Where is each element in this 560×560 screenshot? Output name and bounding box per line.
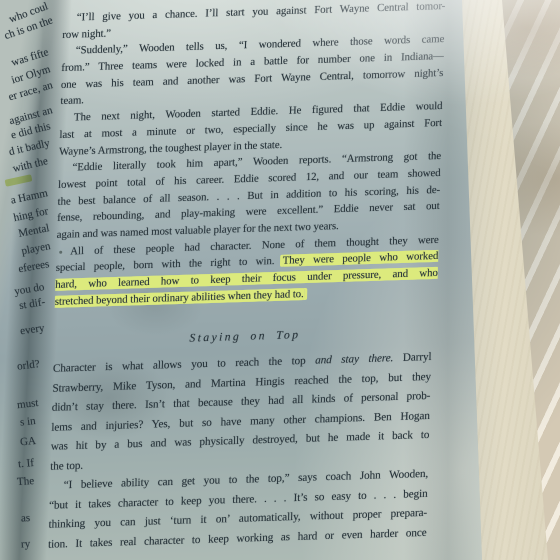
left-page-fragment: GA: [20, 435, 37, 448]
left-page-fragment: ry: [21, 538, 31, 550]
section-heading: Staying on Top: [54, 324, 437, 349]
page-text: “I’ll give you a chance. I’ll start you …: [48, 0, 446, 555]
left-page-fragment: a Hamm: [10, 187, 49, 207]
left-page-fragment: t. If: [18, 457, 35, 470]
left-page-fragment: The: [17, 475, 35, 488]
page-text-lower: Character is what allows you to reach th…: [48, 348, 432, 555]
left-page-fragment: s in: [20, 415, 37, 429]
paragraph: Character is what allows you to reach th…: [50, 348, 432, 477]
text-segment: the top.: [50, 460, 83, 473]
left-page-fragment: playen: [20, 240, 51, 257]
left-page-fragment: with the: [12, 155, 50, 175]
text-segment: row night.”: [62, 27, 111, 41]
paragraph: “Eddie literally took him apart,” Wooden…: [56, 148, 441, 243]
margin-dot: [59, 250, 62, 253]
margin-highlight-mark: [5, 174, 33, 186]
left-page-fragment: Mental: [17, 222, 50, 240]
page-text-upper: “I’ll give you a chance. I’ll start you …: [55, 0, 446, 310]
left-page-fragment: eferees: [17, 258, 50, 275]
left-page-fragment: you do: [13, 281, 45, 298]
left-page-fragment: st dif-: [18, 296, 46, 312]
book-photo-scene: who coulch is on thewas fifteior Olymer …: [0, 0, 560, 560]
left-page-fragment: as: [21, 512, 31, 524]
left-page-fragment: every: [19, 322, 45, 337]
paragraph: “Suddenly,” Wooden tells us, “I wondered…: [60, 31, 444, 110]
paragraph: All of these people had character. None …: [55, 232, 439, 311]
paragraph: “I believe ability can get you to the to…: [48, 465, 429, 555]
left-page-fragment: hing for: [12, 205, 49, 224]
text-segment: team.: [60, 95, 84, 108]
highlighted-text: They were people who worked: [283, 250, 439, 267]
text-segment: Darryl: [393, 351, 432, 364]
text-segment: and stay there.: [315, 353, 393, 367]
left-page-fragment: orld?: [17, 358, 41, 373]
left-page-fragment: must: [16, 397, 39, 411]
